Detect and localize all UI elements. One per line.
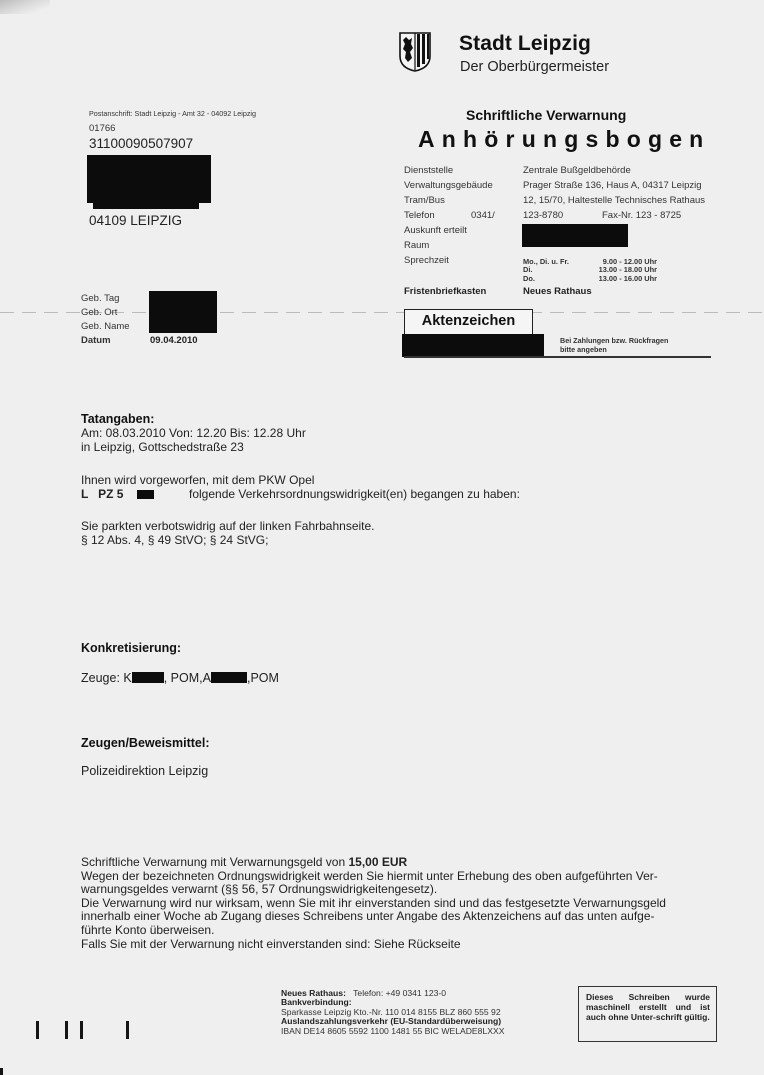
accusation-suffix: folgende Verkehrsordnungswidrigkeit(en) …	[189, 488, 520, 502]
redacted-contact-person	[522, 224, 628, 247]
file-reference-underline	[404, 356, 711, 358]
birth-place-label: Geb. Ort	[81, 307, 117, 318]
document-title: Anhörungsbogen	[418, 126, 710, 153]
offense-description: Sie parkten verbotswidrig auf der linken…	[81, 520, 375, 534]
birth-name-label: Geb. Name	[81, 321, 130, 332]
redacted-file-reference	[402, 334, 544, 357]
department-name: Der Oberbürgermeister	[460, 59, 609, 75]
info-label: Dienststelle	[404, 165, 453, 176]
warning-text: Schriftliche Verwarnung mit Verwarnungsg…	[81, 856, 721, 951]
info-value: Prager Straße 136, Haus A, 04317 Leipzig	[523, 180, 702, 191]
specification-heading: Konkretisierung:	[81, 641, 181, 655]
footer-bank-info: Neues Rathaus: Telefon: +49 0341 123-0 B…	[281, 989, 504, 1036]
machine-generated-notice: Dieses Schreiben wurde maschinell erstel…	[578, 986, 717, 1042]
file-reference-label: Aktenzeichen	[405, 313, 532, 329]
scan-mark	[0, 1068, 3, 1075]
phone-number: 123-8780	[523, 210, 563, 221]
scan-mark	[65, 1021, 68, 1039]
redacted-recipient-name	[87, 155, 211, 203]
info-label: Raum	[404, 240, 429, 251]
birth-date-label: Geb. Tag	[81, 293, 119, 304]
redacted-recipient-street	[93, 203, 199, 209]
office-hours-label: Sprechzeit	[404, 255, 449, 266]
info-label: Verwaltungsgebäude	[404, 180, 493, 191]
office-hours-times: 9.00 - 12.00 Uhr 13.00 - 18.00 Uhr 13.00…	[585, 258, 657, 283]
scan-mark	[80, 1021, 83, 1039]
accusation-line: Ihnen wird vorgeworfen, mit dem PKW Opel	[81, 474, 314, 488]
evidence-heading: Zeugen/Beweismittel:	[81, 736, 210, 750]
witness-line: Zeuge: K, POM,A,POM	[81, 672, 279, 686]
date-value: 09.04.2010	[150, 335, 198, 346]
info-value: 12, 15/70, Haltestelle Technisches Ratha…	[523, 195, 705, 206]
scan-shadow	[0, 0, 50, 14]
info-label: Auskunft erteilt	[404, 225, 467, 236]
fax-number: Fax-Nr. 123 - 8725	[602, 210, 681, 221]
license-plate: L PZ 5	[81, 488, 123, 502]
info-label: Telefon	[404, 210, 435, 221]
redacted-plate-number	[137, 490, 154, 499]
warning-amount-line: Schriftliche Verwarnung mit Verwarnungsg…	[81, 856, 721, 870]
redacted-birth-data	[149, 291, 217, 333]
recipient-code: 01766	[89, 123, 115, 134]
mailbox-value: Neues Rathaus	[523, 286, 592, 297]
evidence-value: Polizeidirektion Leipzig	[81, 765, 208, 779]
office-hours-days: Mo., Di. u. Fr. Di. Do.	[523, 258, 569, 283]
info-value: Zentrale Bußgeldbehörde	[523, 165, 631, 176]
warning-amount: 15,00 EUR	[348, 855, 407, 869]
recipient-city: 04109 LEIPZIG	[89, 213, 182, 228]
offense-time: Am: 08.03.2010 Von: 12.20 Bis: 12.28 Uhr	[81, 427, 306, 441]
legal-basis: § 12 Abs. 4, § 49 StVO; § 24 StVG;	[81, 534, 268, 548]
offense-heading: Tatangaben:	[81, 412, 154, 426]
offense-place: in Leipzig, Gottschedstraße 23	[81, 441, 244, 455]
postal-address-line: Postanschrift: Stadt Leipzig - Amt 32 - …	[89, 109, 256, 118]
date-label: Datum	[81, 335, 111, 346]
phone-prefix: 0341/	[471, 210, 495, 221]
info-label: Tram/Bus	[404, 195, 445, 206]
redacted-witness-1	[132, 672, 164, 683]
organization-name: Stadt Leipzig	[459, 32, 591, 56]
redacted-witness-2	[211, 672, 247, 683]
leipzig-coat-of-arms-icon	[399, 32, 431, 72]
file-reference-hint: Bei Zahlungen bzw. Rückfragen bitte ange…	[560, 337, 668, 354]
reference-number: 31100090507907	[89, 136, 193, 151]
document-type: Schriftliche Verwarnung	[466, 107, 626, 123]
mailbox-label: Fristenbriefkasten	[404, 286, 486, 297]
scan-mark	[36, 1021, 39, 1039]
scan-mark	[126, 1021, 129, 1039]
file-reference-box: Aktenzeichen	[404, 309, 533, 335]
